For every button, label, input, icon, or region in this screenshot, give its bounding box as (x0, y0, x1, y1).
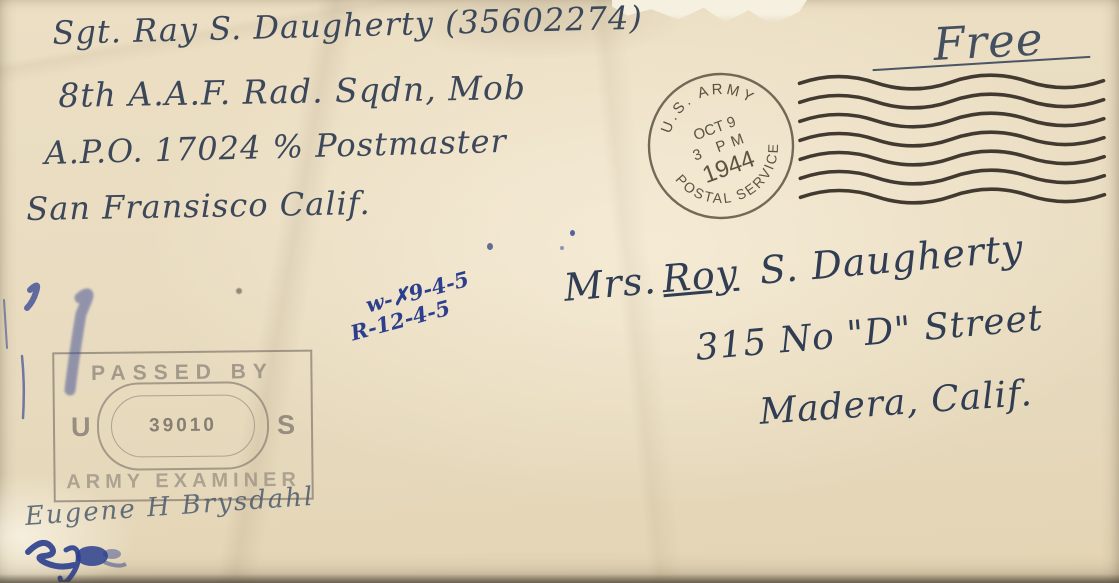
scan-bottom-shadow (0, 574, 1119, 583)
ink-speck (560, 246, 564, 250)
sender-address-line1: Sgt. Ray S. Daugherty (35602274) (52, 0, 643, 52)
censor-number: 39010 (149, 415, 217, 438)
ink-speck (570, 230, 575, 236)
recipient-address-line1: Mrs.RoyS. Daugherty (562, 226, 1025, 310)
censor-oval-outer: 39010 (97, 381, 270, 471)
censor-oval-inner: 39010 (111, 394, 256, 458)
cancellation-wavy-lines (797, 69, 1110, 208)
recipient-address-line2: 315 No "D" Street (694, 298, 1045, 369)
free-frank-marking: Free (932, 12, 1045, 71)
left-edge-ink-marks (0, 268, 120, 428)
ink-speck (487, 243, 493, 250)
envelope: Sgt. Ray S. Daugherty (35602274) 8th A.A… (0, 0, 1119, 583)
sender-address-line2: 8th A.A.F. Rad. Sqdn, Mob (58, 68, 526, 115)
scanner-background: Sgt. Ray S. Daugherty (35602274) 8th A.A… (0, 0, 1119, 583)
sender-address-line4: San Fransisco Calif. (26, 184, 371, 228)
sender-address-line3: A.P.O. 17024 % Postmaster (44, 122, 507, 172)
paper-spot (236, 288, 242, 294)
recipient-address-line3: Madera, Calif. (758, 373, 1034, 433)
army-postmark: U.S. ARMY POSTAL SERVICE OCT 9 3 PM 1944 (608, 33, 834, 259)
recipient-name-rest: S. Daugherty (758, 226, 1025, 293)
censor-letter-s: S (277, 410, 295, 441)
recipient-salutation: Mrs. (562, 258, 658, 310)
recipient-underlined-name: Roy (660, 251, 740, 301)
collector-date-notation: w-✗9-4-5 R-12-4-5 (342, 267, 477, 344)
